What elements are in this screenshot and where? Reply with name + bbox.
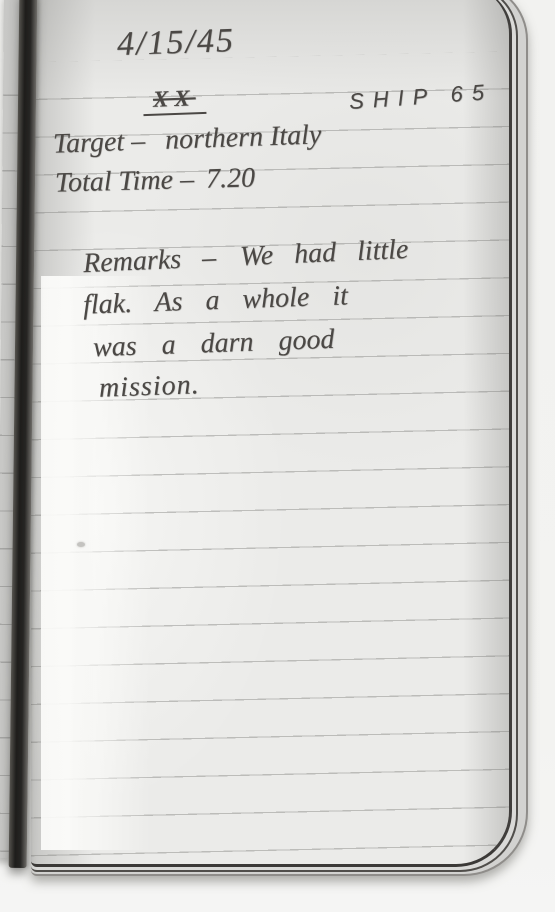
entry-date: 4/15/45	[116, 22, 235, 64]
total-time-line: Total Time –7.20	[55, 162, 256, 199]
remarks-label: Remarks –	[82, 242, 216, 279]
remarks-line-4: mission.	[98, 369, 200, 404]
pencil-smudge	[77, 542, 85, 547]
total-time-value: 7.20	[206, 162, 256, 194]
notebook-scan: 4/15/45 XX SHIP 65 Target –northern Ital…	[0, 0, 555, 912]
target-value: northern Italy	[165, 119, 322, 155]
right-edge-shadow	[463, 0, 509, 864]
notebook-page: 4/15/45 XX SHIP 65 Target –northern Ital…	[31, 0, 512, 867]
total-time-label: Total Time –	[55, 164, 195, 199]
remarks-text-1: We had little	[239, 234, 409, 272]
target-label: Target –	[53, 125, 146, 159]
scratched-out-mark: XX	[143, 85, 207, 116]
